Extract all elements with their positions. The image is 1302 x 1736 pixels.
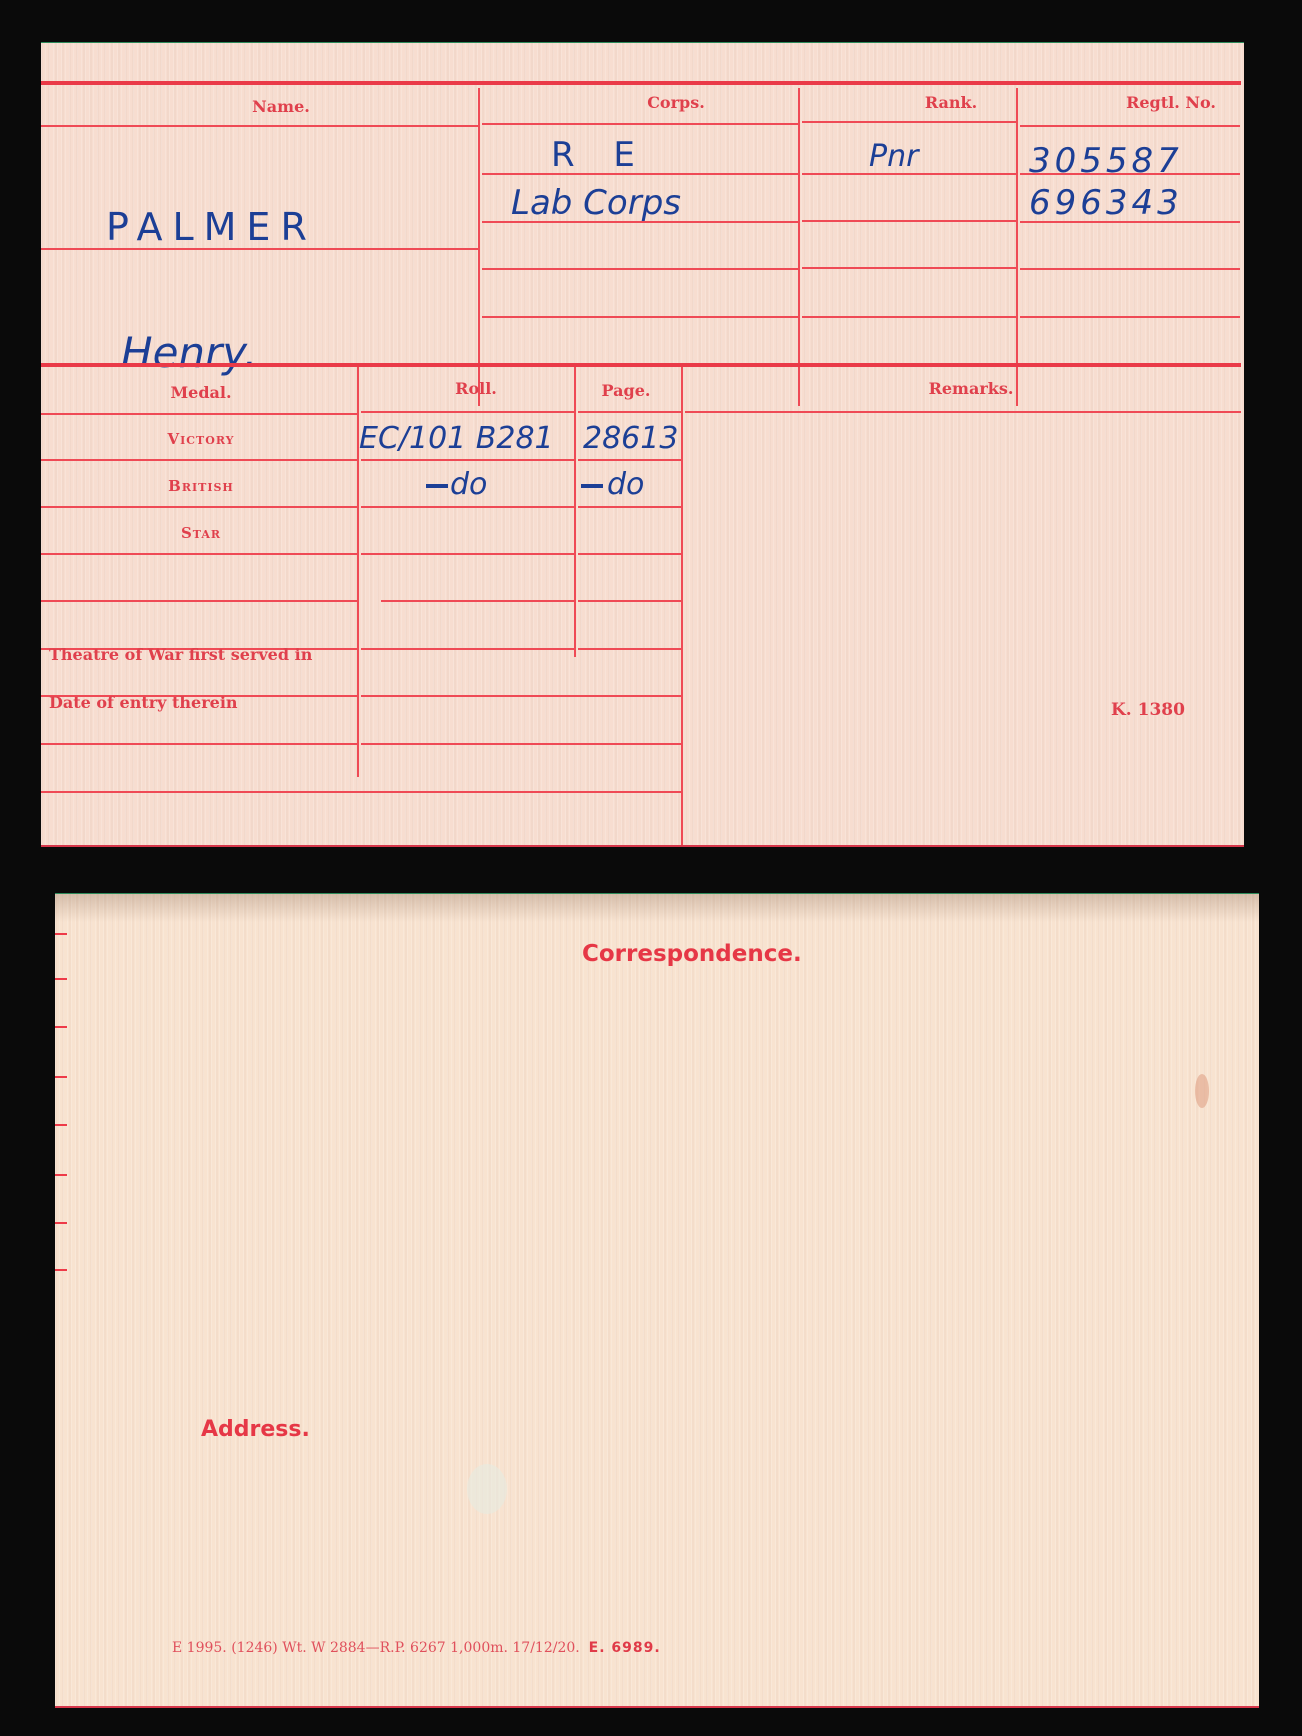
rule <box>41 743 357 745</box>
medal-index-card-back: Correspondence. Address. E 1995. (1246) … <box>55 893 1259 1708</box>
divider <box>1016 88 1018 406</box>
rule <box>41 791 681 793</box>
correspondence-title: Correspondence. <box>582 941 802 967</box>
print-footer: E 1995. (1246) Wt. W 2884—R.P. 6267 1,00… <box>172 1640 661 1656</box>
middle-rule <box>41 363 1241 367</box>
rule <box>361 743 681 745</box>
divider <box>478 88 480 406</box>
address-label: Address. <box>201 1417 310 1442</box>
regtl-no-entry-2: 696343 <box>1029 183 1183 223</box>
victory-roll: EC/101 B281 <box>359 421 554 456</box>
margin-tick <box>55 1174 67 1176</box>
margin-tick <box>55 1124 67 1126</box>
rule <box>578 459 681 461</box>
rule <box>578 411 681 413</box>
rule <box>578 600 681 602</box>
rule <box>361 411 574 413</box>
rule <box>578 648 681 650</box>
rule <box>361 695 681 697</box>
medal-index-card-front: Name. Corps. Rank. Regtl. No. PALMER Hen… <box>41 42 1244 847</box>
rule <box>361 553 574 555</box>
rank-entry: Pnr <box>869 139 918 174</box>
date-entry-label: Date of entry therein <box>49 693 238 712</box>
rule <box>482 268 798 270</box>
rule <box>41 459 357 461</box>
rule <box>1020 268 1240 270</box>
british-page-text: do <box>607 467 644 502</box>
margin-tick <box>55 978 67 980</box>
forename-handwritten: Henry. <box>121 328 257 377</box>
regtl-no-header: Regtl. No. <box>1091 93 1251 112</box>
rule <box>41 553 357 555</box>
rule <box>381 600 574 602</box>
surname-handwritten: PALMER <box>106 205 317 249</box>
roll-header: Roll. <box>426 379 526 398</box>
margin-tick <box>55 1026 67 1028</box>
rule <box>578 506 681 508</box>
stain-mark <box>1195 1074 1209 1108</box>
worn-edge <box>55 894 1259 922</box>
rule <box>578 553 681 555</box>
rule <box>361 459 574 461</box>
medal-label-british: British <box>141 477 261 495</box>
name-header: Name. <box>201 97 361 116</box>
rule <box>361 506 574 508</box>
rule <box>802 220 1016 222</box>
rule <box>482 123 798 125</box>
margin-tick <box>55 1076 67 1078</box>
medal-header: Medal. <box>141 383 261 402</box>
corps-entry-2: Lab Corps <box>511 183 681 223</box>
rule <box>1020 316 1240 318</box>
rule <box>802 316 1016 318</box>
rule <box>361 648 574 650</box>
british-roll: do <box>426 467 487 502</box>
corps-entry-1: R E <box>551 135 649 175</box>
ditto-dash <box>581 484 603 488</box>
divider <box>798 88 800 406</box>
margin-tick <box>55 1222 67 1224</box>
regtl-no-entry-1: 305587 <box>1029 141 1183 181</box>
british-roll-text: do <box>450 467 487 502</box>
rule <box>41 413 357 415</box>
divider <box>574 367 576 657</box>
top-rule <box>41 81 1241 85</box>
margin-tick <box>55 1269 67 1271</box>
form-number: K. 1380 <box>1111 700 1185 720</box>
medal-label-victory: Victory <box>141 430 261 448</box>
rule <box>685 411 1241 413</box>
rule <box>482 316 798 318</box>
remarks-header: Remarks. <box>891 379 1051 398</box>
rule <box>41 506 357 508</box>
corps-header: Corps. <box>596 93 756 112</box>
print-info: E 1995. (1246) Wt. W 2884—R.P. 6267 1,00… <box>172 1640 580 1656</box>
rule <box>802 121 1016 123</box>
theatre-label: Theatre of War first served in <box>49 645 312 664</box>
print-code: E. 6989. <box>589 1640 661 1656</box>
medal-label-star: Star <box>141 524 261 542</box>
margin-tick <box>55 933 67 935</box>
page-header: Page. <box>586 381 666 400</box>
watermark <box>467 1464 507 1514</box>
ditto-dash <box>426 484 448 488</box>
rule <box>41 125 478 127</box>
rule <box>41 600 357 602</box>
british-page: do <box>581 467 644 502</box>
divider <box>681 367 683 845</box>
rule <box>802 267 1016 269</box>
rank-header: Rank. <box>871 93 1031 112</box>
victory-page: 28613 <box>583 421 678 456</box>
rule <box>1020 125 1240 127</box>
